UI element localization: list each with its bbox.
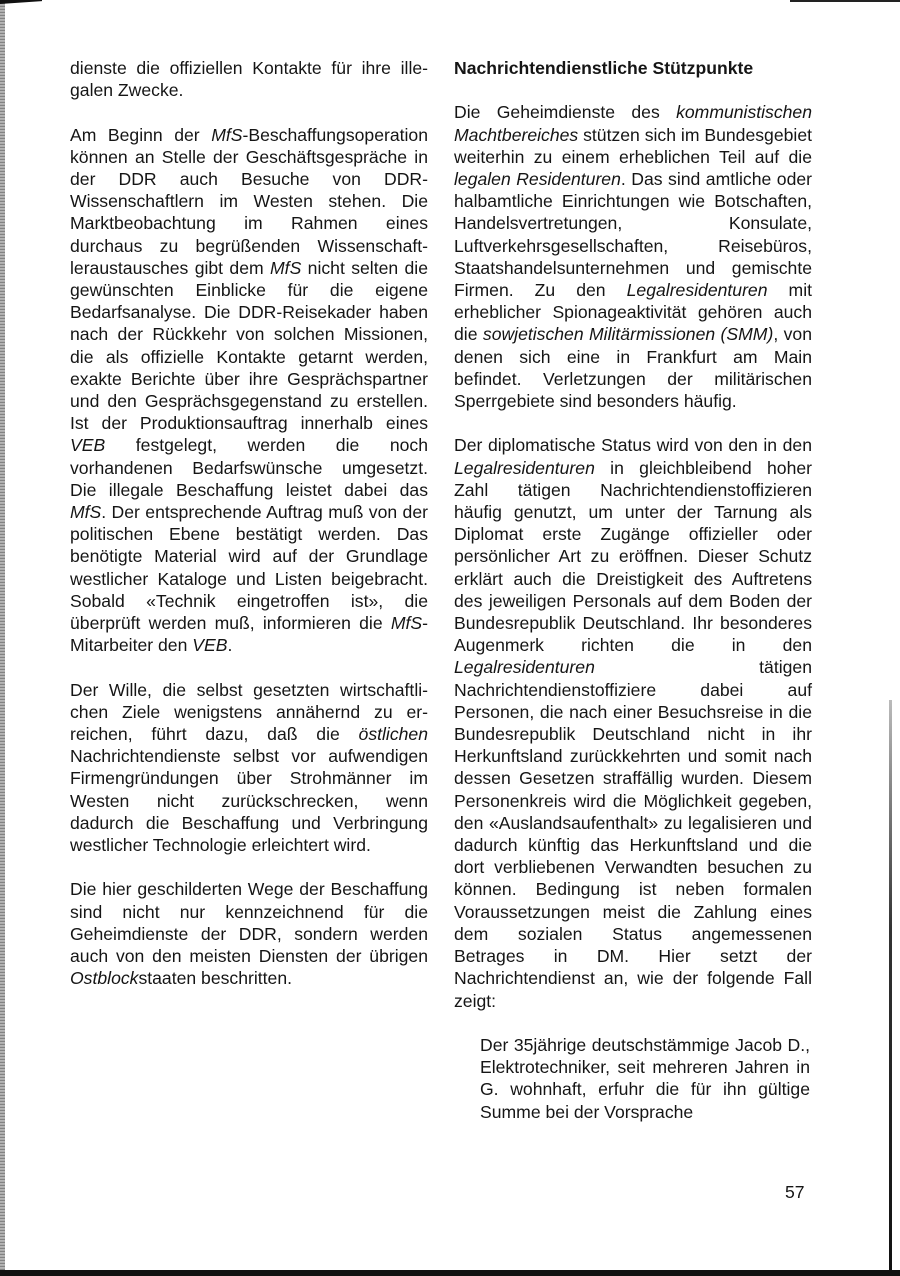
text-run: Die Geheimdienste des (454, 102, 676, 122)
text-run: Der diplomatische Status wird von den in… (454, 435, 812, 455)
paragraph: Am Beginn der MfS-Beschaffungsopera­tion… (70, 124, 428, 657)
emphasis-text: VEB (192, 635, 227, 655)
text-run: täti­gen Nachrichtendienstoffiziere dabe… (454, 657, 812, 1010)
paragraph: Der diplomatische Status wird von den in… (454, 434, 812, 1011)
page-number: 57 (785, 1182, 805, 1203)
emphasis-text: Legalresidenturen (454, 458, 595, 478)
text-run: Nachrichtendienste selbst vor aufwendi­g… (70, 746, 428, 855)
text-run: staaten beschritten. (138, 968, 292, 988)
text-run: Am Beginn der (70, 125, 211, 145)
left-column: dienste die offiziellen Kontakte für ihr… (70, 57, 428, 1012)
text-run: Die hier geschilderten Wege der Beschaf­… (70, 879, 428, 966)
text-run: . (227, 635, 232, 655)
paragraph: dienste die offiziellen Kontakte für ihr… (70, 57, 428, 101)
emphasis-text: Legalresi­denturen (627, 280, 768, 300)
book-page: dienste die offiziellen Kontakte für ihr… (0, 0, 900, 1276)
text-run: festgelegt, werden die noch vorhandenen … (70, 435, 428, 499)
section-heading: Nachrichtendienstliche Stützpunkte (454, 57, 812, 79)
emphasis-text: Ostblock (70, 968, 138, 988)
emphasis-text: MfS (391, 613, 422, 633)
emphasis-text: legalen Residenturen (454, 169, 621, 189)
emphasis-text: sowjetischen Militär­missionen (SMM) (483, 324, 773, 344)
emphasis-text: MfS (211, 125, 242, 145)
emphasis-text: östlichen (359, 724, 428, 744)
paragraph: Der Wille, die selbst gesetzten wirtscha… (70, 679, 428, 857)
paragraph: Die Geheimdienste des kommunistischen Ma… (454, 101, 812, 412)
emphasis-text: MfS (270, 258, 301, 278)
emphasis-text: Legalresidenturen (454, 657, 595, 677)
text-run: . Der entspre­chende Auftrag muß von der… (70, 502, 428, 633)
paragraph: Die hier geschilderten Wege der Beschaf­… (70, 878, 428, 989)
text-run: dienste die offiziellen Kontakte für ihr… (70, 58, 428, 100)
emphasis-text: VEB (70, 435, 105, 455)
text-run: -Beschaffungsopera­tion können an Stelle… (70, 125, 428, 278)
case-quote: Der 35jährige deutschstämmige Jacob D., … (480, 1034, 810, 1123)
emphasis-text: MfS (70, 502, 101, 522)
text-run: in gleichbleibend hoher Zahl tätigen Nac… (454, 458, 812, 656)
text-run: nicht selten die gewünschten Einblicke f… (70, 258, 428, 433)
right-column: Nachrichtendienstliche Stützpunkte Die G… (454, 57, 812, 1123)
